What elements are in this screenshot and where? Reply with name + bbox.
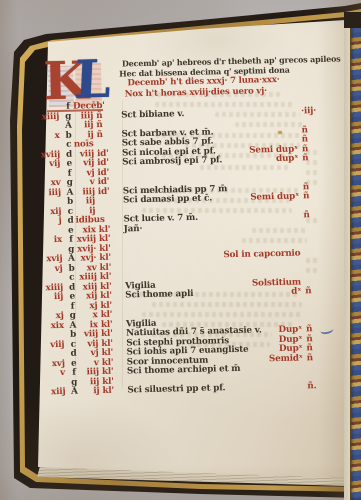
golden-number: [37, 198, 61, 199]
lessons-mark: [305, 268, 329, 269]
feast-grade: dupˣ: [276, 155, 298, 165]
lessons-mark: ñ: [302, 154, 326, 164]
calends-mark: id': [98, 187, 122, 197]
golden-number: [39, 302, 63, 303]
lessons-mark: [301, 116, 325, 117]
golden-number: x: [36, 131, 60, 141]
golden-number: vj: [39, 264, 63, 274]
golden-number: [35, 103, 59, 104]
day-numeral: ij: [71, 387, 99, 397]
monogram-letter-l: L: [73, 54, 112, 107]
golden-number: j: [37, 217, 61, 227]
lessons-mark: [307, 363, 331, 364]
golden-number: vij: [36, 160, 60, 170]
lessons-mark: [307, 372, 331, 373]
lessons-mark: [303, 201, 327, 202]
lessons-mark: [305, 296, 329, 297]
calends-mark: kl': [102, 386, 126, 396]
illuminated-border: [350, 12, 361, 500]
lessons-mark: [304, 249, 328, 250]
lessons-mark: [301, 97, 325, 98]
facing-top-shadow: [344, 12, 361, 28]
lessons-mark: ñ: [303, 211, 327, 221]
golden-number: iij: [39, 293, 63, 303]
golden-number: [41, 378, 65, 379]
calends-mark: ñ: [96, 130, 120, 140]
golden-number: xiiij: [35, 112, 59, 122]
lessons-mark: ñ.: [307, 382, 331, 392]
calendar-header-verses: Decemb' ap' hebreos d'r thebeth ap' grec…: [118, 54, 334, 100]
golden-number: [38, 245, 62, 246]
golden-number: ix: [38, 236, 62, 246]
lessons-mark: [306, 306, 330, 307]
golden-number: [36, 169, 60, 170]
golden-number: [39, 274, 63, 275]
feast-grade: dˣ: [291, 287, 301, 297]
lessons-mark: [304, 239, 328, 240]
lessons-mark: [303, 173, 327, 174]
lessons-mark: [305, 277, 329, 278]
lessons-mark: ñ: [307, 353, 331, 363]
lessons-mark: ñ: [303, 192, 327, 202]
golden-number: v: [41, 369, 65, 379]
golden-number: [36, 141, 60, 142]
calends-mark: [98, 197, 122, 198]
calendar-text-layer: K L Decemb' ap' hebreos d'r thebeth ap' …: [0, 0, 361, 500]
golden-number: viij: [40, 340, 64, 350]
lessons-mark: ñ: [305, 287, 329, 297]
golden-number: xiij: [41, 388, 65, 398]
calendar-rows: f Decēb' xiiij g iiij ñ Sct bibiane v. ·…: [35, 97, 330, 398]
lessons-mark: [302, 163, 326, 164]
facing-page-edge: [344, 12, 361, 500]
calends-mark: [98, 206, 122, 207]
feast-entry: Sci siluestri pp et pf.: [127, 384, 225, 396]
lessons-mark: ·iij·: [301, 106, 325, 116]
golden-number: iiij: [37, 188, 61, 198]
lessons-mark: [306, 315, 330, 316]
lessons-mark: [304, 258, 328, 259]
golden-number: [38, 226, 62, 227]
golden-number: xix: [40, 321, 64, 331]
lessons-mark: [304, 230, 328, 231]
golden-number: [40, 331, 64, 332]
golden-number: [40, 350, 64, 351]
lessons-mark: [304, 220, 328, 221]
manuscript-photo: K L Decemb' ap' hebreos d'r thebeth ap' …: [0, 0, 361, 500]
feast-entry: Jañ·: [124, 225, 143, 235]
golden-number: [35, 122, 59, 123]
